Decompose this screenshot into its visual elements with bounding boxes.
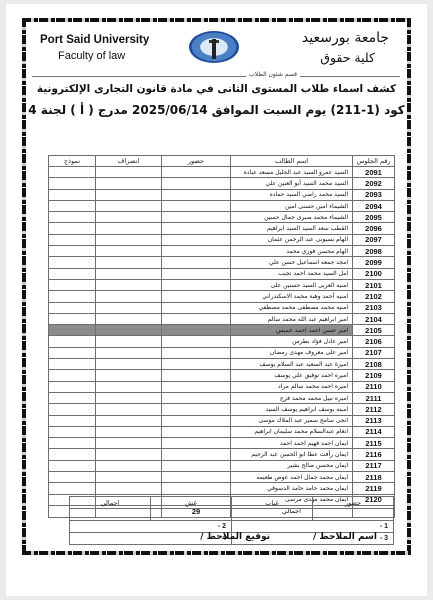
col-student-name: اسم الطالب: [231, 156, 353, 167]
form-cell: [49, 460, 96, 471]
summary-line-row: 1 - 2 -: [70, 521, 394, 533]
col-attendance: حضور: [162, 156, 231, 167]
table-row: 2093السيد محمد راضي السيد حماده: [49, 189, 395, 200]
student-name-cell: انغام عبدالسلام محمد سليمان ابراهيم: [231, 426, 353, 437]
logo-tower: [212, 39, 216, 59]
seat-number-cell: 2092: [353, 178, 395, 189]
attendance-cell: [162, 279, 231, 290]
attendance-cell: [162, 426, 231, 437]
seat-number-cell: 2104: [353, 313, 395, 324]
document-title: كشف اسماء طلاب المستوى الثانى في مادة قا…: [0, 83, 433, 95]
table-row: 2102امنيه أحمد وهبة محمد الاسكندراني: [49, 291, 395, 302]
observer-name-label: اسم الملاحظ /: [313, 532, 377, 542]
summary-values-row: [70, 509, 394, 521]
table-row: 2117ايمان محسن صالح بشير: [49, 460, 395, 471]
department-label: قسم شئون الطلاب: [246, 71, 300, 78]
seat-number-cell: 2102: [353, 291, 395, 302]
departure-cell: [96, 178, 162, 189]
form-cell: [49, 325, 96, 336]
university-name-ar: جامعة بورسعيد: [302, 30, 389, 46]
departure-cell: [96, 291, 162, 302]
faculty-name-ar: كلية حقوق: [320, 50, 375, 65]
departure-cell: [96, 347, 162, 358]
attendance-cell: [162, 257, 231, 268]
form-cell: [49, 347, 96, 358]
departure-cell: [96, 246, 162, 257]
table-row: 2094الشيماء امين حسنى امين: [49, 200, 395, 211]
seat-number-cell: 2105: [353, 325, 395, 336]
form-cell: [49, 438, 96, 449]
departure-cell: [96, 392, 162, 403]
student-name-cell: اميرة عبد السعيد عبد السلام يوسف: [231, 359, 353, 370]
student-name-cell: امنيه أحمد وهبة محمد الاسكندراني: [231, 291, 353, 302]
seat-number-cell: 2110: [353, 381, 395, 392]
departure-cell: [96, 472, 162, 483]
student-name-cell: انجى سامح سمير عبد الملاك موسى: [231, 415, 353, 426]
table-row: 2101امنيه العربى السيد حسنين على: [49, 279, 395, 290]
form-cell: [49, 392, 96, 403]
seat-number-cell: 2117: [353, 460, 395, 471]
student-name-cell: امير ابراهيم عبد الله محمد سالم: [231, 313, 353, 324]
table-header-row: رقم الجلوس اسم الطالب حضور انصراف نموذج: [49, 156, 395, 167]
student-name-cell: امينه يوسف ابراهيم يوسف السيد: [231, 404, 353, 415]
seat-number-cell: 2091: [353, 167, 395, 178]
summary-header-row: حضور غياب غش اجمالي: [70, 497, 394, 509]
student-name-cell: امير على معروف مهدى رمضان: [231, 347, 353, 358]
student-name-cell: امنيه محمد مصطفى محمد مصطفي: [231, 302, 353, 313]
attendance-cell: [162, 438, 231, 449]
table-row: 2107امير على معروف مهدى رمضان: [49, 347, 395, 358]
summary-col-absent: غياب: [232, 497, 313, 509]
table-row: 2108اميرة عبد السعيد عبد السلام يوسف: [49, 359, 395, 370]
attendance-cell: [162, 381, 231, 392]
summary-total-value: [70, 509, 151, 521]
students-table: رقم الجلوس اسم الطالب حضور انصراف نموذج …: [48, 155, 395, 518]
form-cell: [49, 246, 96, 257]
seat-number-cell: 2103: [353, 302, 395, 313]
attendance-cell: [162, 336, 231, 347]
attendance-cell: [162, 460, 231, 471]
departure-cell: [96, 313, 162, 324]
student-name-cell: اميره احمد محمد سالم مراد: [231, 381, 353, 392]
departure-cell: [96, 167, 162, 178]
attendance-cell: [162, 223, 231, 234]
attendance-cell: [162, 302, 231, 313]
table-row: 2119ايمان محمد حامد حامد الدسوقي: [49, 483, 395, 494]
form-cell: [49, 200, 96, 211]
form-cell: [49, 279, 96, 290]
seat-number-cell: 2094: [353, 200, 395, 211]
table-row: 2091السيد عمرو السيد عبد الجليل مسعد عبا…: [49, 167, 395, 178]
attendance-cell: [162, 178, 231, 189]
attendance-cell: [162, 200, 231, 211]
attendance-cell: [162, 234, 231, 245]
form-cell: [49, 483, 96, 494]
student-name-cell: ايمان احمد فهيم احمد احمد: [231, 438, 353, 449]
seat-number-cell: 2116: [353, 449, 395, 460]
student-name-cell: امجد جمعه اسماعيل حسن علي: [231, 257, 353, 268]
university-name-en: Port Said University: [40, 34, 149, 46]
summary-col-cheating: غش: [151, 497, 232, 509]
departure-cell: [96, 426, 162, 437]
table-row: 2098الهام محسن فوزي محمد: [49, 246, 395, 257]
seat-number-cell: 2118: [353, 472, 395, 483]
student-name-cell: القطب سعد السيد السيد ابراهيم: [231, 223, 353, 234]
attendance-cell: [162, 483, 231, 494]
student-name-cell: ايمان رأفت عطا ابو الحسن عبد الرحيم: [231, 449, 353, 460]
table-row: 2106امير عادل فؤاد بطرس: [49, 336, 395, 347]
table-row: 2096القطب سعد السيد السيد ابراهيم: [49, 223, 395, 234]
seat-number-cell: 2096: [353, 223, 395, 234]
seat-number-cell: 2093: [353, 189, 395, 200]
table-row: 2105امير حسن احمد احمد خميس: [49, 325, 395, 336]
student-name-cell: امير عادل فؤاد بطرس: [231, 336, 353, 347]
departure-cell: [96, 415, 162, 426]
student-name-cell: الشيماء امين حسنى امين: [231, 200, 353, 211]
attendance-cell: [162, 268, 231, 279]
student-name-cell: السيد محمد راضي السيد حماده: [231, 189, 353, 200]
table-row: 2092السيد محمد السيد أبو العنين علي: [49, 178, 395, 189]
seat-number-cell: 2113: [353, 415, 395, 426]
seat-number-cell: 2101: [353, 279, 395, 290]
departure-cell: [96, 223, 162, 234]
form-cell: [49, 234, 96, 245]
col-form: نموذج: [49, 156, 96, 167]
departure-cell: [96, 212, 162, 223]
seat-number-cell: 2115: [353, 438, 395, 449]
departure-cell: [96, 336, 162, 347]
summary-col-total: اجمالي: [70, 497, 151, 509]
departure-cell: [96, 268, 162, 279]
attendance-cell: [162, 449, 231, 460]
student-name-cell: ايمان محسن صالح بشير: [231, 460, 353, 471]
seat-number-cell: 2098: [353, 246, 395, 257]
table-row: 2118ايمان محمد جمال احمد عوض طعيمه: [49, 472, 395, 483]
col-departure: انصراف: [96, 156, 162, 167]
form-cell: [49, 415, 96, 426]
departure-cell: [96, 200, 162, 211]
form-cell: [49, 257, 96, 268]
student-name-cell: السيد محمد السيد أبو العنين علي: [231, 178, 353, 189]
form-cell: [49, 167, 96, 178]
attendance-cell: [162, 404, 231, 415]
departure-cell: [96, 483, 162, 494]
seat-number-cell: 2095: [353, 212, 395, 223]
seat-number-cell: 2100: [353, 268, 395, 279]
col-seat-number: رقم الجلوس: [353, 156, 395, 167]
form-cell: [49, 404, 96, 415]
table-row: 2109اميره احمد توفيق علي يوسف: [49, 370, 395, 381]
form-cell: [49, 472, 96, 483]
table-row: 2115ايمان احمد فهيم احمد احمد: [49, 438, 395, 449]
form-cell: [49, 370, 96, 381]
seat-number-cell: 2107: [353, 347, 395, 358]
departure-cell: [96, 370, 162, 381]
attendance-cell: [162, 359, 231, 370]
student-name-cell: ايمان محمد حامد حامد الدسوقي: [231, 483, 353, 494]
attendance-cell: [162, 212, 231, 223]
departure-cell: [96, 449, 162, 460]
table-row: 2095الشيماء محمد صبرى جمال حسين: [49, 212, 395, 223]
seat-number-cell: 2108: [353, 359, 395, 370]
table-row: 2100امل السيد محمد احمد نجيب: [49, 268, 395, 279]
attendance-cell: [162, 392, 231, 403]
attendance-cell: [162, 415, 231, 426]
form-cell: [49, 178, 96, 189]
table-row: 2110اميره احمد محمد سالم مراد: [49, 381, 395, 392]
form-cell: [49, 449, 96, 460]
summary-line-1: 1 -: [232, 521, 394, 533]
student-name-cell: الهام محسن فوزي محمد: [231, 246, 353, 257]
departure-cell: [96, 189, 162, 200]
departure-cell: [96, 438, 162, 449]
student-name-cell: الهام بسيونى عبد الرحمن عثمان: [231, 234, 353, 245]
attendance-cell: [162, 167, 231, 178]
form-cell: [49, 381, 96, 392]
seat-number-cell: 2111: [353, 392, 395, 403]
student-name-cell: الشيماء محمد صبرى جمال حسين: [231, 212, 353, 223]
border-left: [22, 18, 26, 555]
summary-present-value: [313, 509, 394, 521]
form-cell: [49, 313, 96, 324]
observer-signature-label: توقيع الملاحظ /: [200, 532, 270, 542]
departure-cell: [96, 325, 162, 336]
faculty-name-en: Faculty of law: [58, 50, 125, 62]
summary-line-2: 2 -: [70, 521, 232, 533]
attendance-cell: [162, 313, 231, 324]
seat-number-cell: 2119: [353, 483, 395, 494]
exam-details: كود (1-211) يوم السبت الموافق 2025/06/14…: [0, 103, 433, 117]
attendance-cell: [162, 472, 231, 483]
departure-cell: [96, 302, 162, 313]
student-name-cell: اميره احمد توفيق علي يوسف: [231, 370, 353, 381]
seat-number-cell: 2097: [353, 234, 395, 245]
table-row: 2111اميره نبيل محمد محمد فرج: [49, 392, 395, 403]
form-cell: [49, 336, 96, 347]
form-cell: [49, 302, 96, 313]
departure-cell: [96, 234, 162, 245]
table-row: 2103امنيه محمد مصطفى محمد مصطفي: [49, 302, 395, 313]
departure-cell: [96, 381, 162, 392]
student-name-cell: ايمان محمد جمال احمد عوض طعيمه: [231, 472, 353, 483]
form-cell: [49, 212, 96, 223]
table-row: 2113انجى سامح سمير عبد الملاك موسى: [49, 415, 395, 426]
departure-cell: [96, 257, 162, 268]
attendance-cell: [162, 347, 231, 358]
summary-absent-value: [232, 509, 313, 521]
university-logo-icon: [189, 31, 239, 63]
form-cell: [49, 291, 96, 302]
departure-cell: [96, 460, 162, 471]
attendance-cell: [162, 370, 231, 381]
summary-cheating-value: [151, 509, 232, 521]
header-divider: [32, 76, 400, 77]
form-cell: [49, 426, 96, 437]
attendance-cell: [162, 246, 231, 257]
departure-cell: [96, 359, 162, 370]
departure-cell: [96, 279, 162, 290]
seat-number-cell: 2099: [353, 257, 395, 268]
table-row: 2116ايمان رأفت عطا ابو الحسن عبد الرحيم: [49, 449, 395, 460]
student-name-cell: السيد عمرو السيد عبد الجليل مسعد عباده: [231, 167, 353, 178]
student-name-cell: اميره نبيل محمد محمد فرج: [231, 392, 353, 403]
student-name-cell: امل السيد محمد احمد نجيب: [231, 268, 353, 279]
table-row: 2114انغام عبدالسلام محمد سليمان ابراهيم: [49, 426, 395, 437]
attendance-cell: [162, 291, 231, 302]
form-cell: [49, 189, 96, 200]
summary-col-present: حضور: [313, 497, 394, 509]
seat-number-cell: 2106: [353, 336, 395, 347]
form-cell: [49, 268, 96, 279]
seat-number-cell: 2109: [353, 370, 395, 381]
table-row: 2112امينه يوسف ابراهيم يوسف السيد: [49, 404, 395, 415]
seat-number-cell: 2114: [353, 426, 395, 437]
student-name-cell: امنيه العربى السيد حسنين على: [231, 279, 353, 290]
table-row: 2099امجد جمعه اسماعيل حسن علي: [49, 257, 395, 268]
attendance-cell: [162, 325, 231, 336]
seat-number-cell: 2112: [353, 404, 395, 415]
attendance-cell: [162, 189, 231, 200]
table-row: 2097الهام بسيونى عبد الرحمن عثمان: [49, 234, 395, 245]
student-name-cell: امير حسن احمد احمد خميس: [231, 325, 353, 336]
form-cell: [49, 359, 96, 370]
form-cell: [49, 223, 96, 234]
table-row: 2104امير ابراهيم عبد الله محمد سالم: [49, 313, 395, 324]
departure-cell: [96, 404, 162, 415]
border-right: [407, 18, 411, 555]
